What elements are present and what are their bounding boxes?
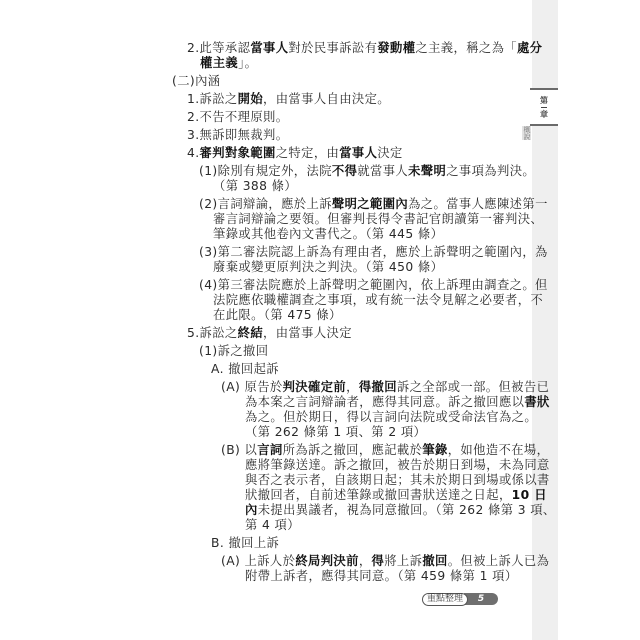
chapter-number-dash <box>541 107 547 108</box>
text-line: 為之。但於期日，得以言詞向法院或受命法官為之。 <box>245 410 537 425</box>
chapter-char-first: 第 <box>540 96 548 105</box>
book-page: 第 章 概說 2.此等承認當事人對於民事訴訟有發動權之主義，稱之為「處分權主義」… <box>0 0 640 640</box>
text-line: 筆錄或其他卷內文書代之。（第 445 條） <box>213 227 443 242</box>
text-line: B. 撤回上訴 <box>211 536 279 551</box>
section-label: 概說 <box>522 126 531 140</box>
text-line: A. 撤回起訴 <box>211 362 279 377</box>
text-line: 第 4 項） <box>245 518 300 533</box>
text-line: 4.審判對象範圍之特定，由當事人決定 <box>187 146 403 161</box>
text-line: 權主義」。 <box>200 56 257 71</box>
text-line: (二)內涵 <box>172 74 221 89</box>
chapter-char-last: 章 <box>540 110 548 119</box>
text-line: (3)第二審法院認上訴為有理由者，應於上訴聲明之範圍內，為 <box>199 245 548 260</box>
text-line: 3.無訴即無裁判。 <box>187 128 288 143</box>
text-line: （第 388 條） <box>213 179 297 194</box>
text-line: (1)訴之撤回 <box>199 344 268 359</box>
text-line: 法院應依職權調查之事項，或有統一法令見解之必要者，不 <box>213 293 543 308</box>
text-line: 審言詞辯論之要領。但審判長得令書記官朗讀第一審判決、 <box>213 212 543 227</box>
text-line: (4)第三審法院應於上訴聲明之範圍內，依上訴理由調查之。但 <box>199 278 548 293</box>
text-line: 與否之表示者，自該期日起；其未於期日到場或係以書 <box>245 473 550 488</box>
text-line: (B) 以言詞所為訴之撤回，應記載於筆錄，如他造不在場， <box>221 443 549 458</box>
text-line: 附帶上訴者，應得其同意。（第 459 條第 1 項） <box>245 569 518 584</box>
text-line: 為本案之言詞辯論者，應得其同意。訴之撤回應以書狀 <box>245 395 550 410</box>
text-line: (1)除別有規定外，法院不得就當事人未聲明之事項為判決。 <box>199 164 535 179</box>
page-footer: 重點整理 5 <box>422 592 498 606</box>
text-line: (A) 上訴人於終局判決前，得將上訴撤回。但被上訴人已為 <box>221 554 549 569</box>
text-line: 應將筆錄送達。訴之撤回，被告於期日到場，未為同意 <box>245 458 550 473</box>
text-line: 5.訴訟之終結，由當事人決定 <box>187 326 352 341</box>
chapter-tab: 第 章 <box>530 88 558 126</box>
text-line: 內未提出異議者，視為同意撤回。（第 262 條第 3 項、 <box>245 503 556 518</box>
text-line: 廢棄或變更原判決之判決。（第 450 條） <box>213 260 443 275</box>
text-line: (2)言詞辯論，應於上訴聲明之範圍內為之。當事人應陳述第一 <box>199 197 548 212</box>
text-line: （第 262 條第 1 項、第 2 項） <box>245 425 426 440</box>
page-number: 5 <box>464 593 498 605</box>
text-line: 在此限。（第 475 條） <box>213 308 342 323</box>
footer-label: 重點整理 <box>422 593 468 606</box>
text-line: 2.此等承認當事人對於民事訴訟有發動權之主義，稱之為「處分 <box>187 41 542 56</box>
text-line: 1.訴訟之開始，由當事人自由決定。 <box>187 92 390 107</box>
text-line: 狀撤回者，自前述筆錄或撤回書狀送達之日起，10 日 <box>245 488 547 503</box>
text-line: 2.不告不理原則。 <box>187 110 288 125</box>
text-line: (A) 原告於判決確定前，得撤回訴之全部或一部。但被告已 <box>221 380 549 395</box>
